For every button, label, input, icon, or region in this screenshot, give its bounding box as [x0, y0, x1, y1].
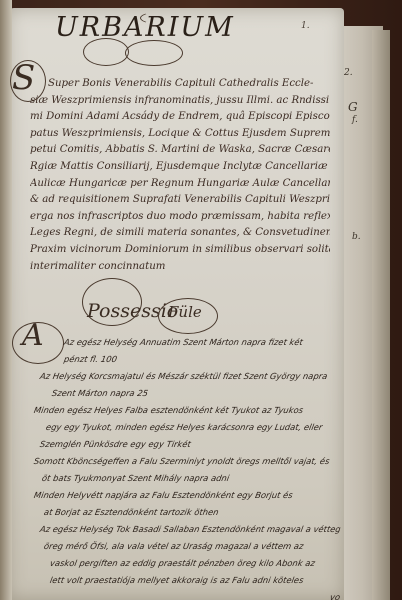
- text-line: & ad requisitionem Suprafati Venerabilis…: [30, 192, 330, 209]
- text-line: petui Comitis, Abbatis S. Martini de Was…: [30, 142, 330, 159]
- entry-line: Az egész Helység Tok Basadi Sallaban Esz…: [29, 521, 342, 538]
- text-line: Super Bonis Venerabilis Capituli Cathedr…: [30, 76, 330, 93]
- entries-text: Az egész Helység Annuatim Szent Márton n…: [30, 334, 340, 600]
- entry-line: Minden Helyvétt napjára az Falu Esztendö…: [29, 487, 342, 504]
- text-line: mi Domini Adami Acsády de Endrem, quâ Ep…: [30, 109, 330, 126]
- entry-line: Az egész Helység Annuatim Szent Márton n…: [29, 334, 342, 351]
- entry-line: lett volt praestatiója mellyet akkoraig …: [29, 572, 342, 589]
- text-line: interimaliter concinnatum: [30, 259, 330, 276]
- adjacent-margin-note: G: [348, 100, 358, 114]
- title-flourish: [125, 40, 183, 66]
- section-name: Füle: [168, 303, 202, 321]
- text-line: patus Weszprimiensis, Locique & Cottus E…: [30, 126, 330, 143]
- entry-line: Szemglén Pünkösdre egy egy Tirkét: [29, 436, 342, 453]
- page-number: 1.: [301, 21, 310, 31]
- entry-line: Szent Márton napra 25: [29, 385, 342, 402]
- title-flourish: [140, 8, 252, 28]
- entry-line: öt bats Tyukmonyat Szent Mihály napra ad…: [29, 470, 342, 487]
- text-line: Leges Regni, de simili materia sonantes,…: [30, 225, 330, 242]
- page-stack-edge: [372, 30, 390, 600]
- text-line: Aulicæ Hungaricæ per Regnum Hungariæ Aul…: [30, 176, 330, 193]
- entry-line: at Borjat az Esztendönként tartozik öthe…: [29, 504, 342, 521]
- entry-line: Az Helység Korcsmajatul és Mészár széktü…: [29, 368, 342, 385]
- entry-line: egy egy Tyukot, minden egész Helyes kará…: [29, 419, 342, 436]
- text-line: erga nos infrascriptos duo modo præmissa…: [30, 209, 330, 226]
- adjacent-margin-note: 2.: [344, 68, 353, 78]
- text-line: siæ Weszprimiensis infranominatis, jussu…: [30, 93, 330, 110]
- entry-line: öreg mérő Öfsi, ala vala vétel az Uraság…: [29, 538, 342, 555]
- adjacent-margin-note: f.: [352, 115, 358, 125]
- adjacent-margin-note: b.: [352, 232, 361, 242]
- entry-line: volt: [29, 589, 342, 600]
- preamble-text: Super Bonis Venerabilis Capituli Cathedr…: [30, 76, 330, 275]
- entry-line: pénzt fl. 100: [29, 351, 342, 368]
- book-spine: [0, 0, 12, 600]
- entry-line: Somott Kböncségeffen a Falu Szerminiyt y…: [29, 453, 342, 470]
- title-flourish: [83, 38, 129, 66]
- entry-line: Minden egész Helyes Falba esztendönként …: [29, 402, 342, 419]
- entry-line: vaskol pergiften az eddig praestált pénz…: [29, 555, 342, 572]
- text-line: Praxim vicinorum Dominiorum in similibus…: [30, 242, 330, 259]
- text-line: Rgiæ Mattis Consiliarij, Ejusdemque Incl…: [30, 159, 330, 176]
